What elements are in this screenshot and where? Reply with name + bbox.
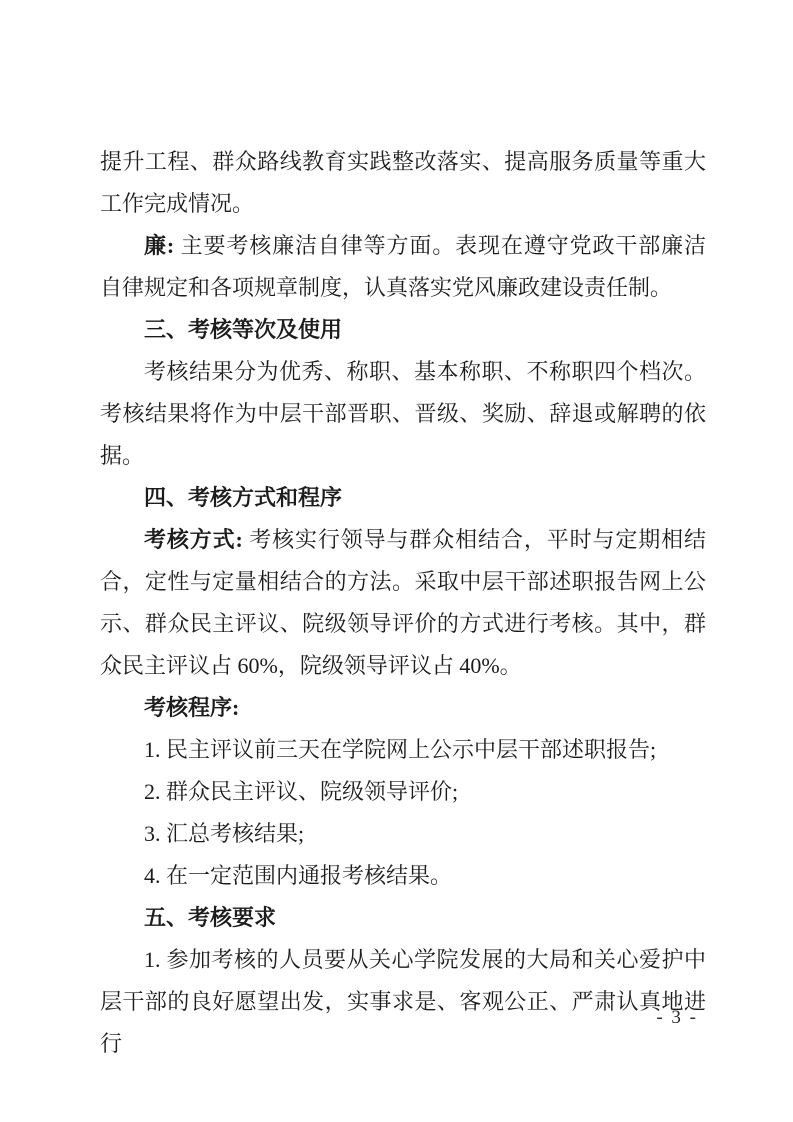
paragraph-lian: 廉: 主要考核廉洁自律等方面。表现在遵守党政干部廉洁自律规定和各项规章制度，认真…	[100, 225, 706, 309]
paragraph-procedure-label: 考核程序:	[100, 687, 706, 729]
list-item-2: 2. 群众民主评议、院级领导评价;	[100, 771, 706, 813]
paragraph-grades: 考核结果分为优秀、称职、基本称职、不称职四个档次。考核结果将作为中层干部晋职、晋…	[100, 351, 706, 477]
list-item-4: 4. 在一定范围内通报考核结果。	[100, 855, 706, 897]
paragraph-lead-lian: 廉:	[144, 233, 174, 258]
page-number: - 3 -	[656, 1004, 698, 1032]
paragraph-method: 考核方式: 考核实行领导与群众相结合，平时与定期相结合，定性与定量相结合的方法。…	[100, 519, 706, 687]
document-body: 提升工程、群众路线教育实践整改落实、提高服务质量等重大工作完成情况。 廉: 主要…	[100, 141, 706, 1065]
section-heading-4: 四、考核方式和程序	[100, 477, 706, 519]
paragraph-text-lian: 主要考核廉洁自律等方面。表现在遵守党政干部廉洁自律规定和各项规章制度，认真落实党…	[100, 233, 706, 300]
paragraph-requirements: 1. 参加考核的人员要从关心学院发展的大局和关心爱护中层干部的良好愿望出发，实事…	[100, 939, 706, 1065]
section-heading-3: 三、考核等次及使用	[100, 309, 706, 351]
document-page: 提升工程、群众路线教育实践整改落实、提高服务质量等重大工作完成情况。 廉: 主要…	[0, 0, 793, 1122]
section-heading-5: 五、考核要求	[100, 897, 706, 939]
paragraph-lead-procedure: 考核程序:	[144, 695, 239, 720]
paragraph-lead-method: 考核方式:	[144, 527, 243, 552]
list-item-1: 1. 民主评议前三天在学院网上公示中层干部述职报告;	[100, 729, 706, 771]
paragraph-continuation: 提升工程、群众路线教育实践整改落实、提高服务质量等重大工作完成情况。	[100, 141, 706, 225]
list-item-3: 3. 汇总考核结果;	[100, 813, 706, 855]
